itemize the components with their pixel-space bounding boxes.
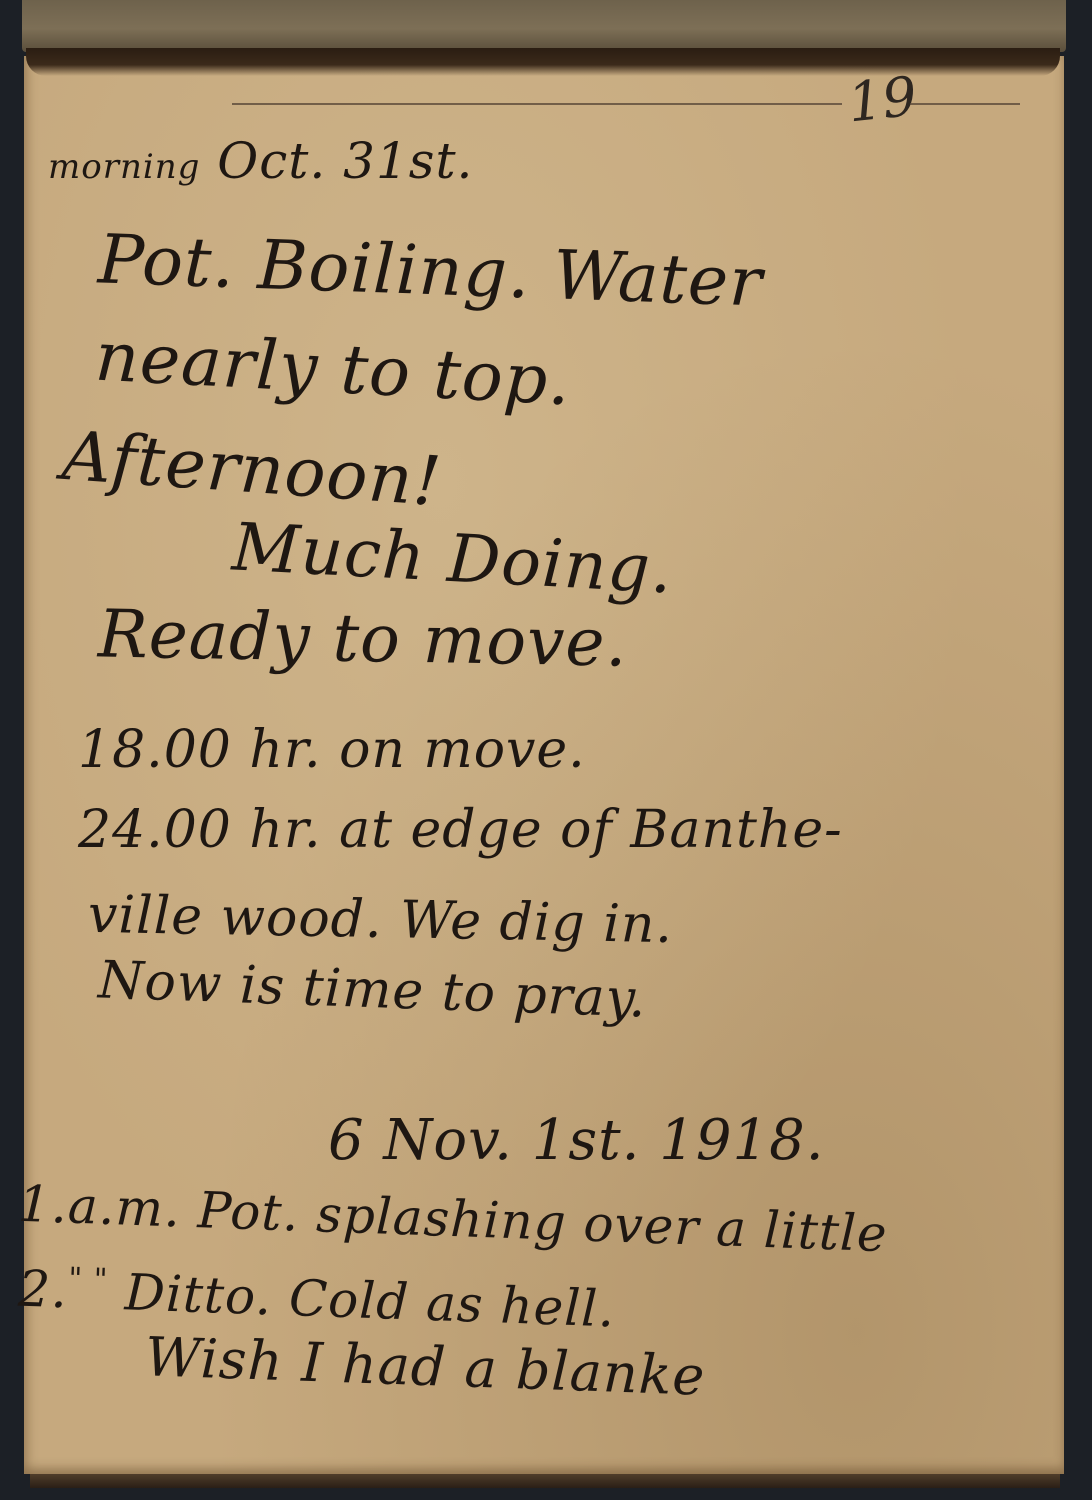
entry-text: Oct. 31st. bbox=[200, 132, 473, 190]
ditto-marks: " " bbox=[68, 1261, 109, 1297]
entry-line: Ready to move. bbox=[97, 595, 628, 681]
entry-line: 18.00 hr. on move. bbox=[78, 720, 586, 780]
entry-date-heading: 6 Nov. 1st. 1918. bbox=[328, 1108, 825, 1173]
notebook-binding bbox=[22, 0, 1066, 52]
date-rule-line-end bbox=[910, 103, 1020, 105]
printed-year-prefix: 19 bbox=[845, 65, 920, 135]
date-rule-line bbox=[232, 103, 842, 105]
entry-time-prefix: 2. bbox=[17, 1260, 69, 1320]
entry-line: ville wood. We dig in. bbox=[88, 885, 674, 955]
entry-line: 24.00 hr. at edge of Banthe- bbox=[78, 800, 843, 860]
entry-word-morning: morning bbox=[48, 147, 200, 187]
entry-line-morning-date: morning Oct. 31st. bbox=[48, 132, 473, 190]
